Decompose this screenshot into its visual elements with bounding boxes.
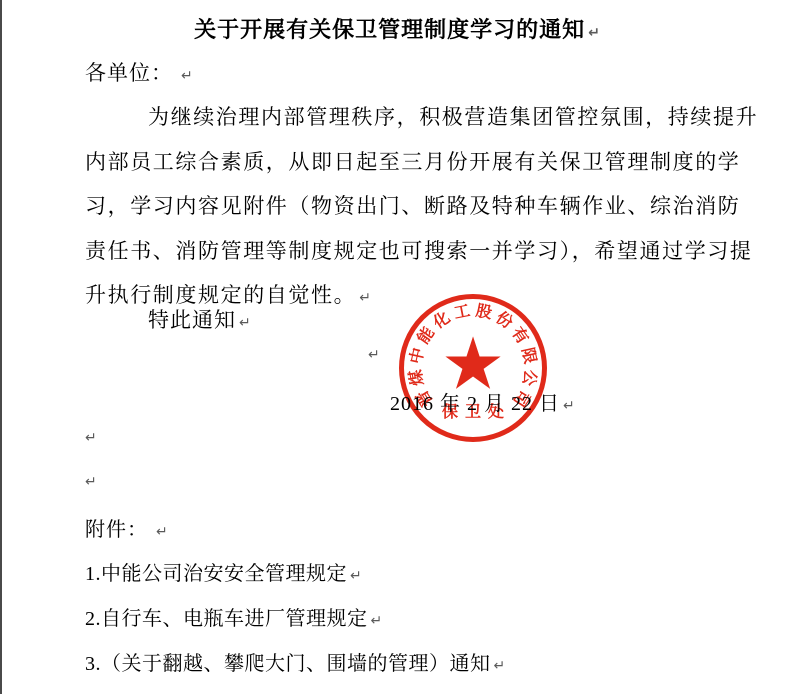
body-line: 责任书、消防管理等制度规定也可搜索一并学习），希望通过学习提 — [85, 235, 753, 265]
body-line: 为继续治理内部管理秩序，积极营造集团管控氛围，持续提升 — [148, 101, 758, 131]
body-line: 内部员工综合素质，从即日起至三月份开展有关保卫管理制度的学 — [85, 146, 740, 176]
seal-ring-char: 公 — [518, 367, 539, 388]
paragraph-mark-icon: ↵ — [494, 658, 506, 674]
attachments-label: 附件：↵ — [85, 513, 169, 542]
seal-ring-char: 股 — [473, 302, 494, 323]
attachment-item: 2.自行车、电瓶车进厂管理规定↵ — [85, 602, 383, 631]
seal-ring-char: 煤 — [407, 367, 428, 388]
document-page: 关于开展有关保卫管理制度学习的通知↵ 各单位：↵ 为继续治理内部管理秩序，积极营… — [0, 0, 795, 694]
seal-ring-char: 工 — [452, 302, 473, 323]
date-line: 2016 年 2 月 22 日↵ — [390, 387, 576, 416]
paragraph-mark-icon: ↵ — [181, 68, 194, 84]
body-line-text: 为继续治理内部管理秩序，积极营造集团管控氛围，持续提升 — [148, 105, 758, 129]
paragraph-mark-icon: ↵ — [85, 474, 97, 490]
body-line-text: 责任书、消防管理等制度规定也可搜索一并学习），希望通过学习提 — [85, 239, 753, 263]
paragraph-mark-icon: ↵ — [85, 430, 97, 446]
page-title: 关于开展有关保卫管理制度学习的通知↵ — [0, 13, 795, 44]
paragraph-mark-icon: ↵ — [563, 398, 576, 414]
closing-phrase: 特此通知↵ — [148, 304, 252, 334]
body-line-text: 内部员工综合素质，从即日起至三月份开展有关保卫管理制度的学 — [85, 150, 740, 174]
body-line-text: 习，学习内容见附件（物资出门、断路及特种车辆作业、综治消防 — [85, 194, 740, 218]
paragraph-mark-icon: ↵ — [239, 315, 252, 331]
attachment-item: 3.（关于翻越、攀爬大门、围墙的管理）通知↵ — [85, 647, 506, 676]
seal-ring-char: 限 — [517, 345, 538, 366]
official-seal: ★ 晋煤中能化工股份有限公司 保卫处 — [399, 294, 547, 442]
date-text: 2016 年 2 月 22 日 — [390, 393, 560, 415]
paragraph-mark-icon: ↵ — [588, 25, 601, 41]
paragraph-mark-icon: ↵ — [371, 613, 383, 629]
paragraph-mark-icon: ↵ — [156, 524, 169, 540]
title-text: 关于开展有关保卫管理制度学习的通知 — [194, 17, 585, 42]
attachment-item-text: 1.中能公司治安安全管理规定 — [85, 563, 347, 585]
attachment-item-text: 3.（关于翻越、攀爬大门、围墙的管理）通知 — [85, 653, 491, 675]
body-line: 习，学习内容见附件（物资出门、断路及特种车辆作业、综治消防 — [85, 190, 740, 220]
paragraph-mark-icon: ↵ — [359, 290, 372, 306]
attachment-item: 1.中能公司治安安全管理规定↵ — [85, 557, 362, 586]
paragraph-mark-icon: ↵ — [350, 568, 362, 584]
attachments-label-text: 附件： — [85, 519, 148, 541]
attachment-item-text: 2.自行车、电瓶车进厂管理规定 — [85, 608, 368, 630]
salutation-text: 各单位： — [85, 61, 173, 85]
closing-text: 特此通知 — [148, 308, 236, 332]
paragraph-mark-icon: ↵ — [368, 347, 380, 363]
salutation: 各单位：↵ — [85, 57, 194, 87]
page-edge-line — [0, 0, 2, 694]
seal-ring-char: 中 — [408, 345, 429, 366]
